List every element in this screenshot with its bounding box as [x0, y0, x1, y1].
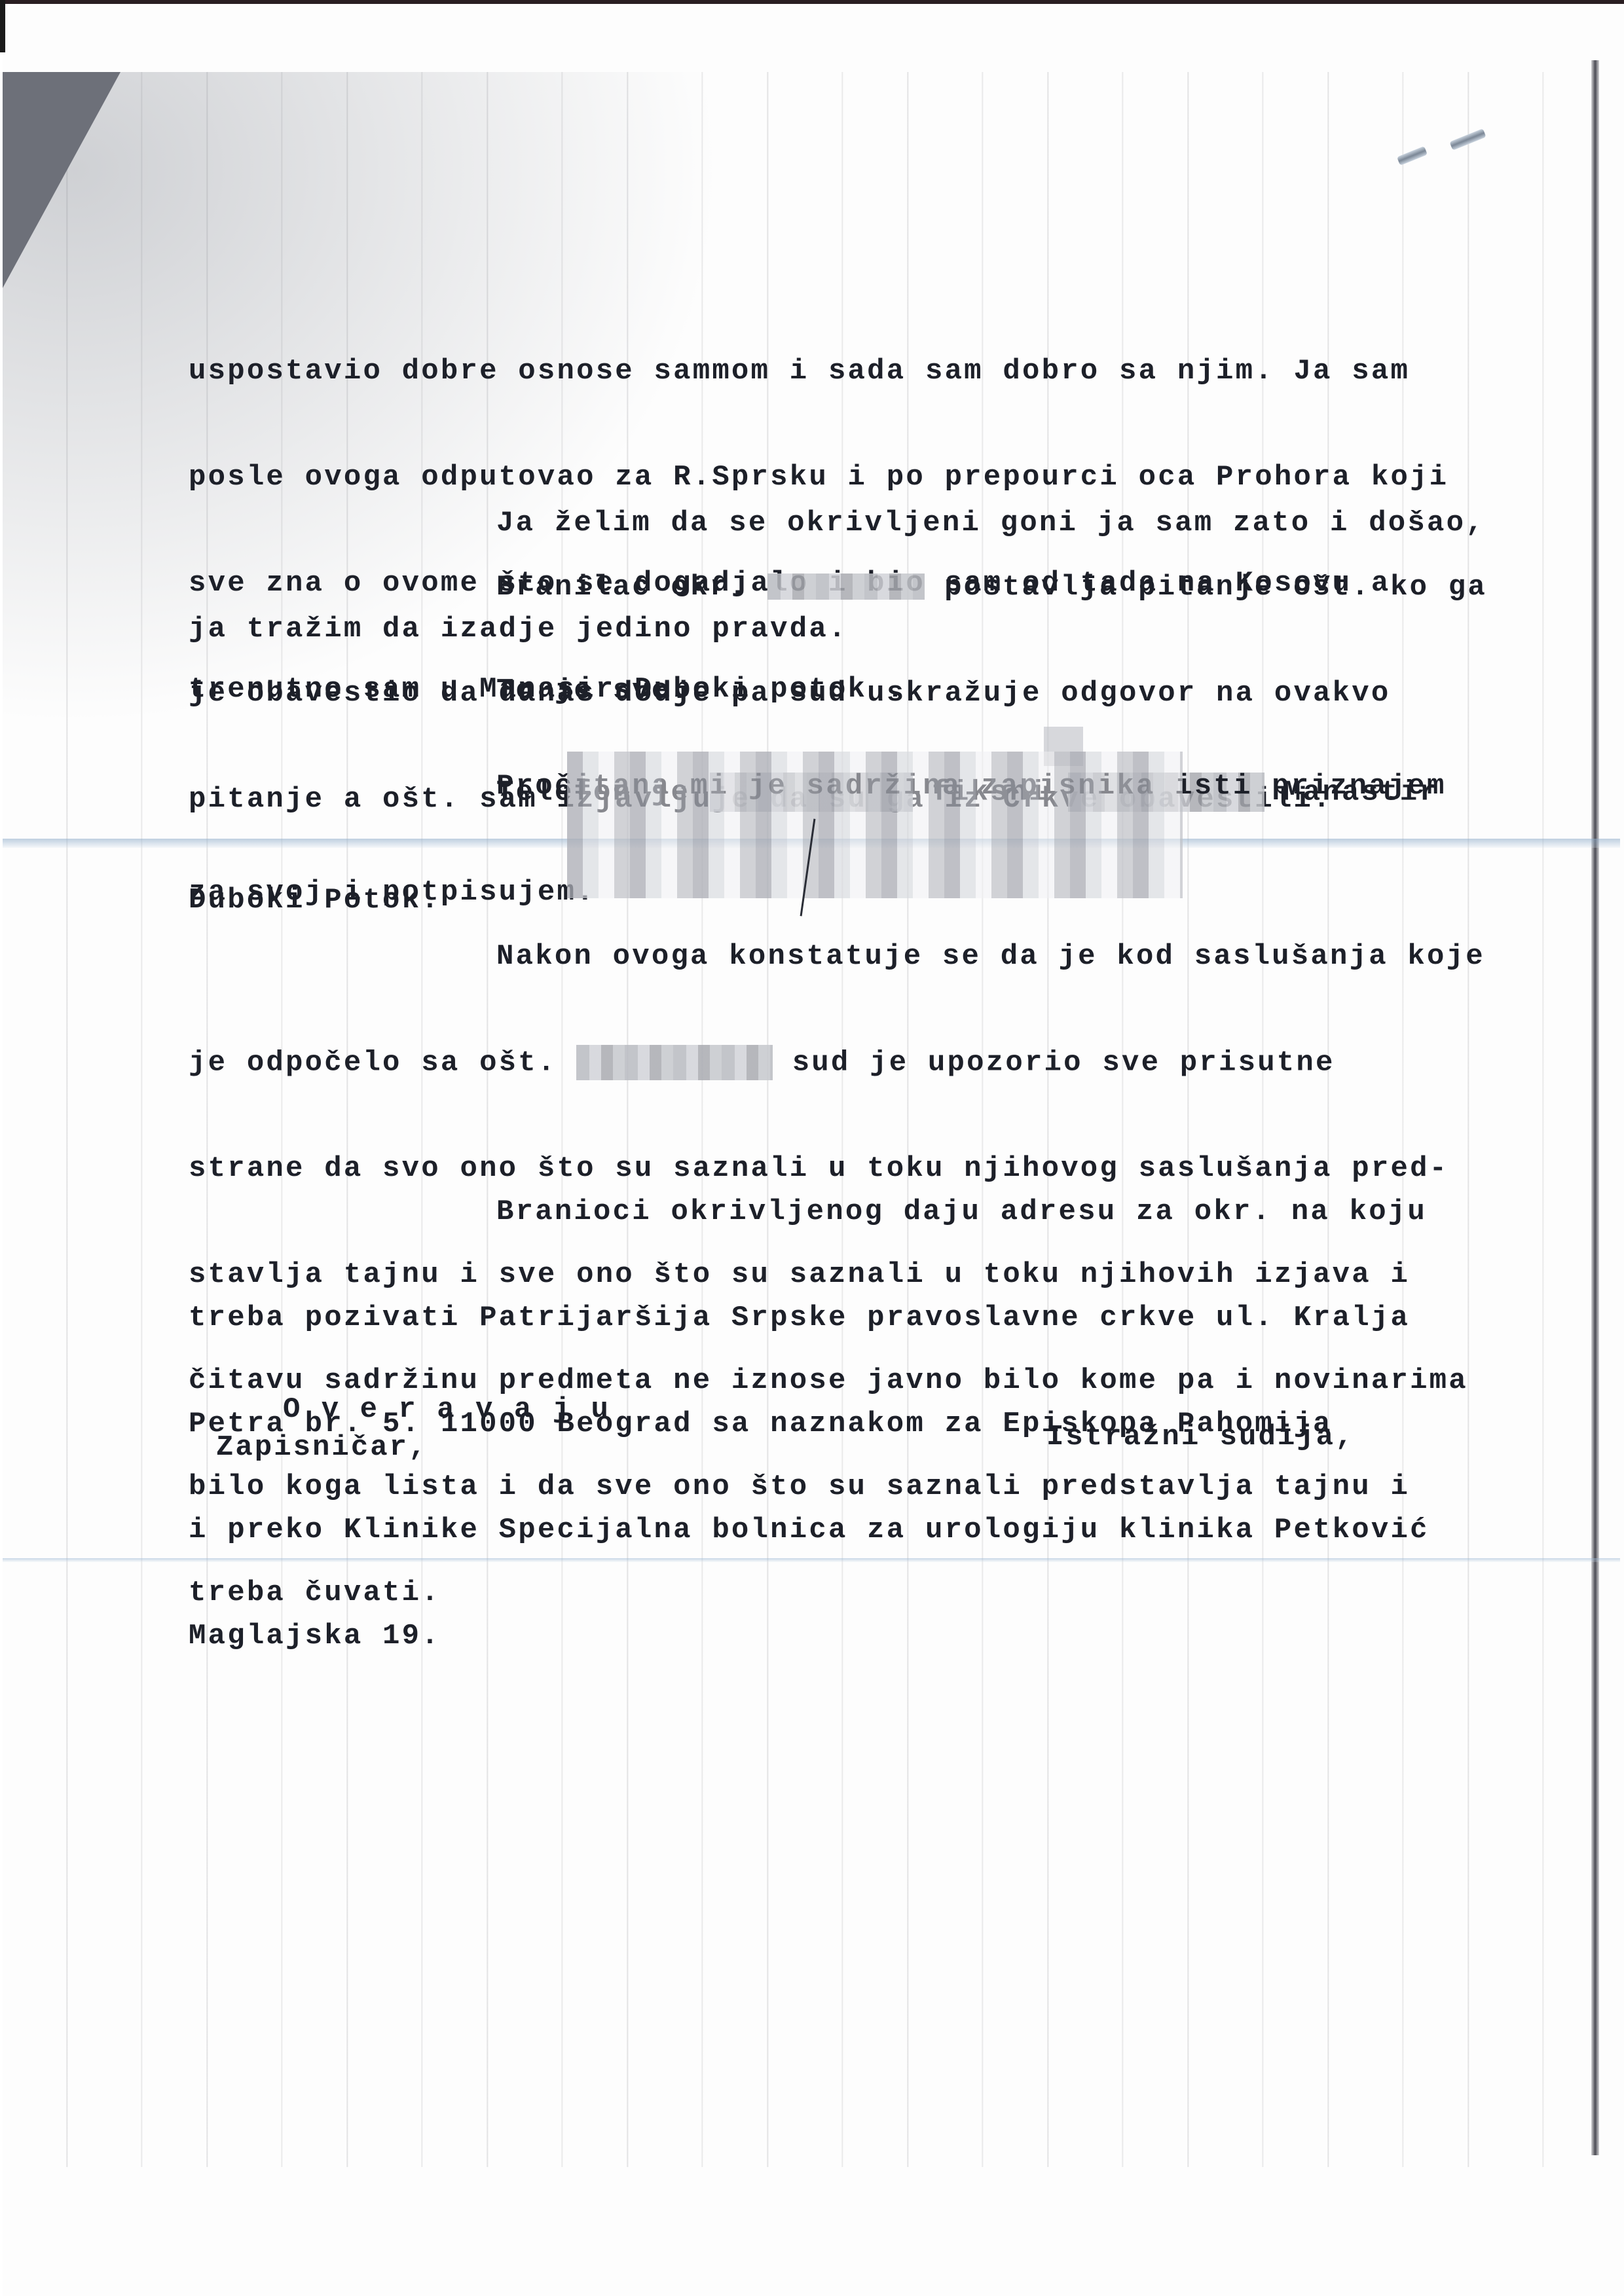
text-fragment: Branilac okr. — [496, 571, 748, 604]
istrazni-sudija-label: Istražni sudija, — [1046, 1421, 1354, 1453]
text-fragment: je odpočelo sa ošt. — [189, 1047, 557, 1080]
text-line: Branioci okrivljenog daju adresu za okr.… — [189, 1194, 1430, 1230]
text-line: je odpočelo sa ošt. sud je upozorio sve … — [189, 1045, 1485, 1080]
zapisnicar-label: Zapisničar, — [216, 1431, 428, 1464]
text-line: Branilac okr. postavlja pitanje ošt. ko … — [189, 570, 1487, 605]
scan-border-corner — [0, 0, 5, 52]
text-fragment: postavlja pitanje ošt. ko ga — [944, 571, 1487, 604]
text-line: Nakon ovoga konstatuje se da je kod sasl… — [189, 939, 1485, 974]
text-fragment: sud je upozorio sve prisutne — [792, 1047, 1335, 1080]
text-line: i preko Klinike Specijalna bolnica za ur… — [189, 1512, 1430, 1548]
overavaju-label: O v e r a v a j u — [283, 1393, 610, 1426]
text-line: uspostavio dobre osnose sammom i sada sa… — [189, 354, 1449, 389]
copy-edge-line — [1591, 60, 1599, 2155]
redacted-name — [576, 1045, 773, 1080]
text-line: treba pozivati Patrijaršija Srpske pravo… — [189, 1300, 1430, 1336]
redacted-name — [767, 574, 925, 600]
text-line: Maglajska 19. — [189, 1618, 1430, 1654]
